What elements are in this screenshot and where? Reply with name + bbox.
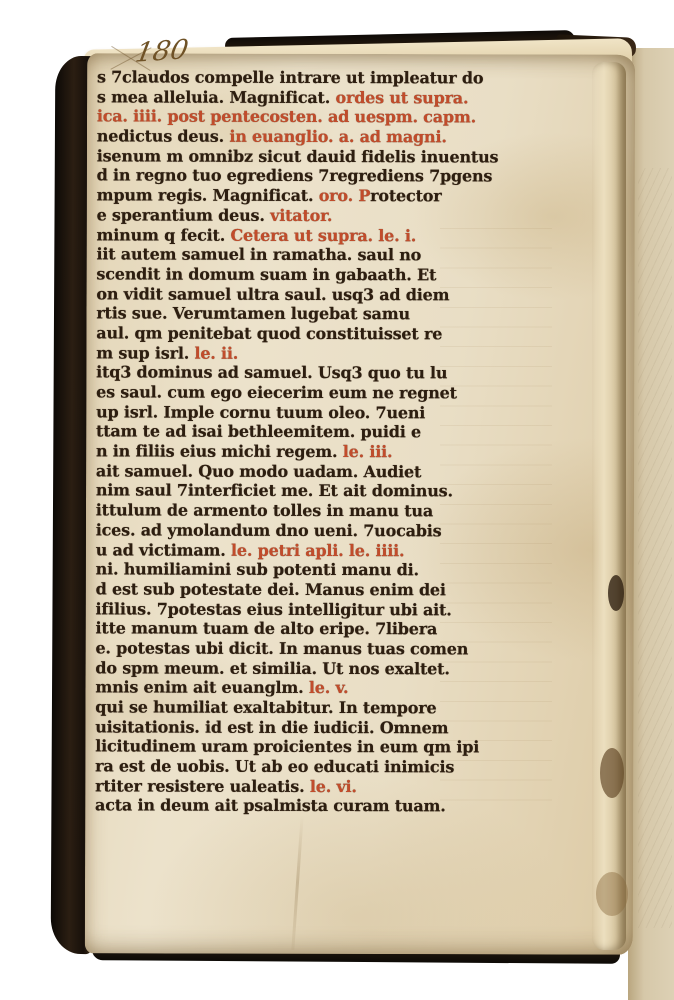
rubric-text: oro. P xyxy=(319,186,371,205)
ink-text: ittulum de armento tolles in manu tua xyxy=(96,501,433,521)
ink-text: ra est de uobis. Ut ab eo educati inimic… xyxy=(95,756,454,776)
manuscript-line: ifilius. 7potestas eius intelligitur ubi… xyxy=(96,599,556,620)
manuscript-line: ittulum de armento tolles in manu tua xyxy=(96,501,556,522)
ink-text: iit autem samuel in ramatha. saul no xyxy=(96,245,421,265)
text-block: s 7claudos compelle intrare ut impleatur… xyxy=(95,67,557,816)
ink-text: e. potestas ubi dicit. In manus tuas com… xyxy=(95,638,468,658)
ink-text: itte manum tuam de alto eripe. 7libera xyxy=(95,619,437,639)
ink-text: ices. ad ymolandum dno ueni. 7uocabis xyxy=(96,520,442,540)
ink-text: d est sub potestate dei. Manus enim dei xyxy=(96,579,446,599)
manuscript-line: n in filiis eius michi regem. le. iii. xyxy=(96,441,556,462)
ink-text: acta in deum ait psalmista curam tuam. xyxy=(95,796,446,816)
manuscript-line: nedictus deus. in euanglio. a. ad magni. xyxy=(97,126,557,147)
manuscript-line: licitudinem uram proicientes in eum qm i… xyxy=(95,737,555,758)
manuscript-line: ica. iiii. post pentecosten. ad uespm. c… xyxy=(97,107,557,128)
ink-text: rtiter resistere ualeatis. xyxy=(95,776,310,796)
rubric-text: le. iii. xyxy=(343,442,393,461)
ink-text: do spm meum. et similia. Ut nos exaltet. xyxy=(95,658,449,678)
manuscript-line: u ad victimam. le. petri apli. le. iiii. xyxy=(96,540,556,561)
manuscript-line: es saul. cum ego eiecerim eum ne regnet xyxy=(96,382,556,403)
ink-text: ni. humiliamini sub potenti manu di. xyxy=(96,560,419,580)
rubric-text: Cetera ut supra. le. i. xyxy=(230,225,416,244)
manuscript-line: iit autem samuel in ramatha. saul no xyxy=(96,245,556,266)
ink-text: nedictus deus. xyxy=(97,126,230,145)
manuscript-line: acta in deum ait psalmista curam tuam. xyxy=(95,796,555,817)
ink-text: licitudinem uram proicientes in eum qm i… xyxy=(95,737,479,757)
ink-text: nim saul 7interficiet me. Et ait dominus… xyxy=(96,481,453,501)
ink-text: m sup isrl. xyxy=(96,343,194,362)
manuscript-line: do spm meum. et similia. Ut nos exaltet. xyxy=(95,658,555,679)
manuscript-line: s mea alleluia. Magnificat. ordes ut sup… xyxy=(97,87,557,108)
rubric-text: in euanglio. a. ad magni. xyxy=(229,127,446,147)
facing-page-ghost-text xyxy=(638,168,672,928)
manuscript-line: ni. humiliamini sub potenti manu di. xyxy=(96,560,556,581)
manuscript-line: uisitationis. id est in die iudicii. Omn… xyxy=(95,717,555,738)
manuscript-line: d in regno tuo egrediens 7regrediens 7pg… xyxy=(97,166,557,187)
ink-text: ttam te ad isai bethleemitem. puidi e xyxy=(96,422,421,442)
gutter-parchment-stub xyxy=(592,62,626,950)
ink-text: uisitationis. id est in die iudicii. Omn… xyxy=(95,717,448,737)
manuscript-line: s 7claudos compelle intrare ut impleatur… xyxy=(97,67,557,88)
ink-text: mnis enim ait euanglm. xyxy=(95,678,309,698)
manuscript-line: aul. qm penitebat quod constituisset re xyxy=(96,323,556,344)
gutter-hole xyxy=(608,575,624,611)
manuscript-line: d est sub potestate dei. Manus enim dei xyxy=(96,579,556,600)
rubric-text: le. vi. xyxy=(310,777,357,796)
ink-text: u ad victimam. xyxy=(96,540,231,559)
rubric-text: vitator. xyxy=(270,206,332,225)
facing-page xyxy=(628,48,674,1000)
ink-text: rtis sue. Verumtamen lugebat samu xyxy=(96,304,410,324)
ink-text: qui se humiliat exaltabitur. In tempore xyxy=(95,697,436,717)
manuscript-line: up isrl. Imple cornu tuum oleo. 7ueni xyxy=(96,402,556,423)
ink-text: es saul. cum ego eiecerim eum ne regnet xyxy=(96,382,457,402)
manuscript-line: rtis sue. Verumtamen lugebat samu xyxy=(96,304,556,325)
photo-backdrop: { "page": { "folio_number": "180" }, "co… xyxy=(0,0,674,1000)
manuscript-line: ra est de uobis. Ut ab eo educati inimic… xyxy=(95,756,555,777)
folio-number: 180 xyxy=(133,34,191,69)
ink-text: on vidit samuel ultra saul. usq3 ad diem xyxy=(96,284,449,304)
manuscript-line: e. potestas ubi dicit. In manus tuas com… xyxy=(95,638,555,659)
manuscript-line: qui se humiliat exaltabitur. In tempore xyxy=(95,697,555,718)
manuscript-line: on vidit samuel ultra saul. usq3 ad diem xyxy=(96,284,556,305)
ink-text: ifilius. 7potestas eius intelligitur ubi… xyxy=(96,599,452,619)
ink-text: s mea alleluia. Magnificat. xyxy=(97,87,336,107)
manuscript-line: ait samuel. Quo modo uadam. Audiet xyxy=(96,461,556,482)
ink-text: d in regno tuo egrediens 7regrediens 7pg… xyxy=(97,166,493,186)
rubric-text: le. ii. xyxy=(194,343,238,362)
ink-text: n in filiis eius michi regem. xyxy=(96,441,343,461)
rubric-text: ordes ut supra. xyxy=(335,88,468,107)
manuscript-line: mpum regis. Magnificat. oro. Protector xyxy=(97,186,557,207)
ink-text: minum q fecit. xyxy=(97,225,231,244)
ink-text: isenum m omnibz sicut dauid fidelis inue… xyxy=(97,146,499,166)
gutter-hole xyxy=(600,748,624,798)
manuscript-line: minum q fecit. Cetera ut supra. le. i. xyxy=(97,225,557,246)
manuscript-line: nim saul 7interficiet me. Et ait dominus… xyxy=(96,481,556,502)
manuscript-line: mnis enim ait euanglm. le. v. xyxy=(95,678,555,699)
manuscript-line: rtiter resistere ualeatis. le. vi. xyxy=(95,776,555,797)
manuscript-line: ttam te ad isai bethleemitem. puidi e xyxy=(96,422,556,443)
manuscript-line: m sup isrl. le. ii. xyxy=(96,343,556,364)
gutter-stain xyxy=(596,872,628,916)
ink-text: ait samuel. Quo modo uadam. Audiet xyxy=(96,461,421,481)
ink-text: scendit in domum suam in gabaath. Et xyxy=(96,264,436,284)
rubric-text: le. petri apli. le. iiii. xyxy=(231,540,404,559)
manuscript-line: scendit in domum suam in gabaath. Et xyxy=(96,264,556,285)
rubric-text: ica. iiii. post pentecosten. ad uespm. c… xyxy=(97,107,476,127)
ink-text: e sperantium deus. xyxy=(97,205,271,224)
ink-text: aul. qm penitebat quod constituisset re xyxy=(96,323,442,343)
ink-text: rotector xyxy=(370,186,441,205)
manuscript-line: isenum m omnibz sicut dauid fidelis inue… xyxy=(97,146,557,167)
ink-text: itq3 dominus ad samuel. Usq3 quo tu lu xyxy=(96,363,447,383)
manuscript-line: e sperantium deus. vitator. xyxy=(97,205,557,226)
manuscript-line: itte manum tuam de alto eripe. 7libera xyxy=(95,619,555,640)
ink-text: mpum regis. Magnificat. xyxy=(97,186,319,206)
manuscript-line: itq3 dominus ad samuel. Usq3 quo tu lu xyxy=(96,363,556,384)
ink-text: s 7claudos compelle intrare ut impleatur… xyxy=(97,67,483,87)
ink-text: up isrl. Imple cornu tuum oleo. 7ueni xyxy=(96,402,425,422)
manuscript-line: ices. ad ymolandum dno ueni. 7uocabis xyxy=(96,520,556,541)
rubric-text: le. v. xyxy=(309,678,349,697)
